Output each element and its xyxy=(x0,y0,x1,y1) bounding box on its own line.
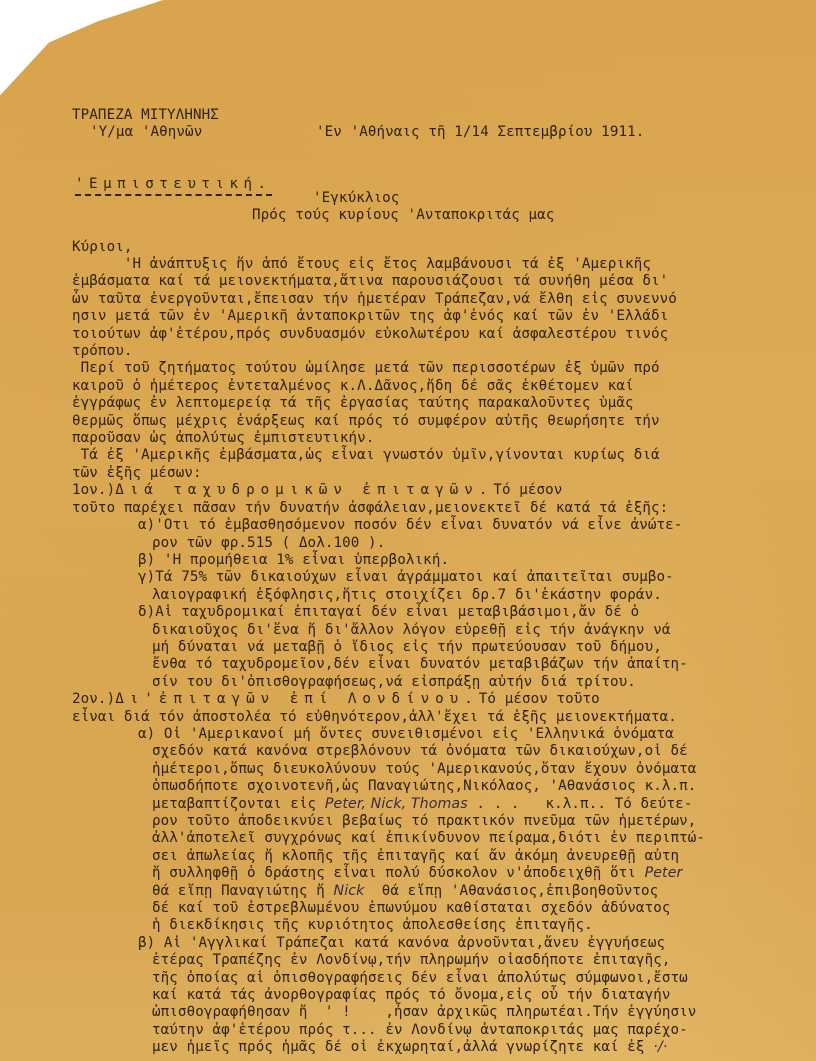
date-line: 'Εν 'Αθήναις τῆ 1/14 Σεπτεμβρίου 1911. xyxy=(316,124,644,141)
paragraph-3-line: Τά ἐξ 'Αμερικῆς ἐμβάσματα,ὡς εἶναι γνωστ… xyxy=(72,447,705,464)
method-1-point-line: μή δύναται νά μεταβῇ ὁ ἴδιος εἰς τήν πρω… xyxy=(72,639,705,656)
paragraph-1-line: ἐμβάσματα καί τά μειονεκτήματα,ἅτινα παρ… xyxy=(72,273,705,290)
method-1-point-line: α)'Οτι τό ἐμβασθησόμενον ποσόν δέν εἶναι… xyxy=(72,517,705,534)
method-1-point-line: ρον τῶν φρ.515 ( Δολ.100 ). xyxy=(72,535,705,552)
method-2-point-a-line: ρον τοῦτο ἀποδεικνύει βεβαίως τό πρακτικ… xyxy=(72,813,705,830)
method-2-point-a-line: δέ καί τοῦ ἐστρεβλωμένου ἐπωνύμου καθίστ… xyxy=(72,900,705,917)
method-1-point-line: δ)Αἱ ταχυδρομικαί ἐπιταγαί δέν εἶναι μετ… xyxy=(72,604,705,621)
method-2-point-b-line: β) Αἱ 'Αγγλικαί Τράπεζαι κατά κανόνα ἀρν… xyxy=(72,935,705,952)
paragraph-1-line: τοιούτων ἀφ'ἑτέρου,πρός συνδυασμόν εὐκολ… xyxy=(72,326,705,343)
method-2-point-a-line: ἡμέτεροι,ὅπως διευκολύνουν τούς 'Αμερικα… xyxy=(72,761,705,778)
method-1-point-line: σίν του δι'ὀπισθογραφήσεως,νά εἰσπράξῃ α… xyxy=(72,674,705,691)
body-flow: 'Η ἀνάπτυξις ἥν ἀπό ἔτους εἰς ἔτος λαμβά… xyxy=(72,256,705,1057)
method-2-point-b-line: καί κατά τάς ἀνορθογραφίας πρός τό ὄνομα… xyxy=(72,987,705,1004)
method-2-point-b-line: ἑτέρας Τραπέζης ἐν Λονδίνῳ,τήν πληρωμήν … xyxy=(72,952,705,969)
confidential-heading: 'Εμπιστευτική. xyxy=(75,176,272,196)
method-2-intro: εἶναι διά τόν ἀποστολέα τό εὐθηνότερον,ἀ… xyxy=(72,709,705,726)
method-1-heading: 1ον.)Διά ταχυδρομικῶν ἐπιταγῶν.Τό μέσον xyxy=(72,482,705,499)
method-2-heading: 2ον.)Δι'ἐπιταγῶν ἐπί Λονδίνου.Τό μέσον τ… xyxy=(72,691,705,708)
method-2-title: Δι'ἐπιταγῶν ἐπί Λονδίνου. xyxy=(115,691,479,707)
method-2-point-a-line: σχεδόν κατά κανόνα στρεβλόνουν τά ὀνόματ… xyxy=(72,743,705,760)
method-2-point-a-line: ἤ συλληφθῇ ὁ δράστης εἶναι πολύ δύσκολον… xyxy=(72,865,705,882)
paragraph-2-line: παροῦσαν ὡς ἀπολύτως ἐμπιστευτικήν. xyxy=(72,430,705,447)
method-1-point-line: β) 'Η προμήθεια 1% εἶναι ὑπερβολική. xyxy=(72,552,705,569)
method-2-point-a-line: α) Οἱ 'Αμερικανοί μή ὄντες συνειθισμένοι… xyxy=(72,726,705,743)
method-2-point-a-line: ἡ διεκδίκησις τῆς κυριότητος ἀπολεσθείση… xyxy=(72,917,705,934)
method-2-point-a-line: ἀλλ'ἀποτελεῖ συγχρόνως καί ἐπικίνδυνον π… xyxy=(72,830,705,847)
paragraph-2-line: θερμῶς ὅπως μέχρις ἐνάρξεως καί πρός τό … xyxy=(72,413,705,430)
method-2-point-b-line: ταύτην ἀφ'ἑτέρου πρός τ... ἐν Λονδίνῳ ἀν… xyxy=(72,1022,705,1039)
paragraph-2-line: καιροῦ ὁ ἡμέτερος ἐντεταλμένος κ.Λ.Δᾶνος… xyxy=(72,378,705,395)
method-2-point-b-line: ὠπισθογραφήθησαν ἤ ' ! ,ἦσαν ἀρχικῶς πλη… xyxy=(72,1004,705,1021)
letter-body: Κύριοι, 'Η ἀνάπτυξις ἥν ἀπό ἔτους εἰς ἔτ… xyxy=(72,241,705,1042)
method-1-point-line: γ)Τά 75% τῶν δικαιούχων εἶναι ἀγράμματοι… xyxy=(72,569,705,586)
paragraph-1-line: 'Η ἀνάπτυξις ἥν ἀπό ἔτους εἰς ἔτος λαμβά… xyxy=(72,256,705,273)
paragraph-1-line: ὧν ταῦτα ἐνεργοῦνται,ἔπεισαν τήν ἡμετέρα… xyxy=(72,291,705,308)
method-2-point-a-line: μεταβαπτίζονται εἰς Peter, Nick, Thomas … xyxy=(72,796,705,813)
bank-name: ΤΡΑΠΕΖΑ ΜΙΤΥΛΗΝΗΣ xyxy=(72,107,219,124)
method-1-point-line: ἔνθα τό ταχυδρομεῖον,δέν εἶναι δυνατόν μ… xyxy=(72,656,705,673)
method-1-point-line: δικαιοῦχος δι'ἕνα ἤ δι'ἄλλον λόγον εὑρεθ… xyxy=(72,622,705,639)
continuation-mark: ·/· xyxy=(653,1039,667,1055)
method-2-point-a-line: θά εἴπῃ Παναγιώτης ἤ Nick θά εἴπῃ 'Αθανά… xyxy=(72,883,705,900)
paragraph-1-line: τρόπου. xyxy=(72,343,705,360)
branch-name: 'Υ/μα 'Αθηνῶν xyxy=(90,124,202,141)
method-2-point-b-line: μεν ἡμεῖς πρός ἡμᾶς δέ οἱ ἐκχωρηταί,ἀλλά… xyxy=(72,1039,705,1056)
handwritten-names: Peter, Nick, Thomas xyxy=(325,796,468,812)
method-2-point-a-line: ὁπωσδήποτε σχοινοτενῆ,ὡς Παναγιώτης,Νικό… xyxy=(72,778,705,795)
paragraph-2-line: Περί τοῦ ζητήματος τούτου ὡμίλησε μετά τ… xyxy=(72,360,705,377)
recipients-line: Πρός τούς κυρίους 'Ανταποκριτάς μας xyxy=(252,207,554,224)
method-1-point-line: λαιογραφική ἐξόφλησις,ἥτις στοιχίζει δρ.… xyxy=(72,587,705,604)
method-1-intro: τοῦτο παρέχει πᾶσαν τήν δυνατήν ἀσφάλεια… xyxy=(72,500,705,517)
paragraph-1-line: ησιν μετά τῶν ἐν 'Αμερικῆ ἀνταποκριτῶν τ… xyxy=(72,308,705,325)
method-2-point-b-line: τῆς ὁποίας αἱ ὀπισθογραφήσεις δέν εἶναι … xyxy=(72,970,705,987)
handwritten-nick: Nick xyxy=(333,883,364,899)
paragraph-2-line: ἐγγράφως ἐν λεπτομερείᾳ τά τῆς ἐργασίας … xyxy=(72,395,705,412)
method-2-point-a-line: σει ἀπωλείας ἤ κλοπῆς τῆς ἐπιταγῆς καί ἄ… xyxy=(72,848,705,865)
method-1-title: Διά ταχυδρομικῶν ἐπιταγῶν. xyxy=(115,482,493,498)
paragraph-3-line: τῶν ἑξῆς μέσων: xyxy=(72,465,705,482)
salutation: Κύριοι, xyxy=(72,239,133,256)
handwritten-peter: Peter xyxy=(645,865,683,881)
circular-title: 'Εγκύκλιος xyxy=(313,190,399,207)
